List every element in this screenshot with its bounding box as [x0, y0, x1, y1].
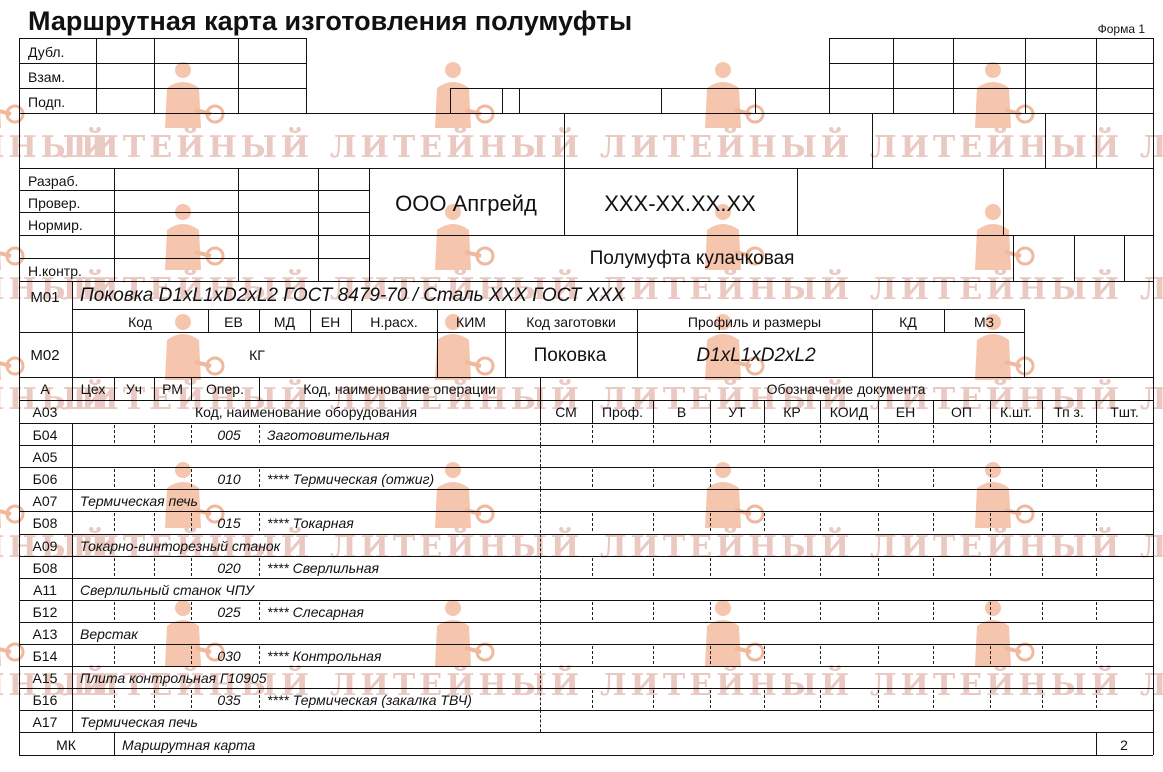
dashed-divider [114, 513, 115, 531]
footer-name: Маршрутная карта [122, 738, 255, 752]
rule-line [72, 622, 73, 644]
rule-line [1025, 38, 1026, 113]
rule-line [19, 445, 1153, 446]
rule-line [238, 168, 239, 281]
rule-line [72, 688, 73, 710]
rule-line [154, 38, 155, 113]
rule-line [191, 377, 192, 400]
row-code-5: А09 [33, 539, 58, 553]
stamp-label-2: Подп. [28, 95, 65, 109]
rule-line [505, 309, 506, 332]
ops-header-0: Цех [81, 382, 106, 396]
signer-label-2: Нормир. [28, 218, 83, 232]
signer-label-1: Провер. [28, 196, 80, 210]
dashed-divider [820, 690, 821, 708]
dashed-divider [154, 425, 155, 443]
stamp-label-1: Взам. [28, 70, 65, 84]
norm-header-1: Проф. [602, 405, 643, 419]
dashed-divider [820, 469, 821, 487]
dashed-divider [710, 602, 711, 620]
rule-line [872, 113, 873, 168]
m02-profile: D1xL1xD2xL2 [696, 346, 815, 365]
m02-code: М02 [30, 348, 59, 363]
rule-line [154, 377, 155, 400]
signer-label-0: Разраб. [28, 174, 78, 188]
organization-name: ООО Апгрейд [395, 193, 537, 215]
row-code-11: А15 [33, 671, 58, 685]
dashed-divider [990, 646, 991, 664]
dashed-divider [540, 622, 541, 644]
dashed-divider [764, 469, 765, 487]
norm-header-5: КОИД [830, 405, 868, 419]
equipment-name-3: Термическая печь [80, 494, 198, 508]
dashed-divider [592, 602, 593, 620]
dashed-divider [191, 469, 192, 487]
rule-line [450, 88, 451, 113]
m02-unit: КГ [249, 348, 265, 362]
dashed-divider [259, 646, 260, 664]
dashed-divider [592, 558, 593, 576]
dashed-divider [259, 425, 260, 443]
operation-name-10: **** Контрольная [267, 649, 381, 663]
row-code-12: Б16 [33, 693, 58, 707]
dashed-divider [259, 513, 260, 531]
dashed-divider [154, 513, 155, 531]
dashed-divider [710, 425, 711, 443]
equipment-name-5: Токарно-винторезный станок [80, 539, 280, 553]
rule-line [437, 332, 438, 377]
dashed-divider [191, 602, 192, 620]
rule-line [259, 309, 260, 332]
rule-line [1045, 113, 1046, 168]
dashed-divider [933, 690, 934, 708]
rule-line [19, 467, 1153, 468]
rule-line [637, 309, 638, 332]
dashed-divider [878, 646, 879, 664]
dashed-divider [154, 602, 155, 620]
dashed-divider [540, 467, 541, 489]
dashed-divider [820, 602, 821, 620]
dashed-divider [154, 690, 155, 708]
rule-line [540, 400, 541, 423]
dashed-divider [259, 558, 260, 576]
dashed-divider [540, 423, 541, 445]
oper-number-2: 010 [217, 472, 240, 486]
doc-designation-header: Обозначение документа [767, 382, 926, 396]
rule-line [114, 168, 115, 281]
dashed-divider [114, 425, 115, 443]
dashed-divider [878, 513, 879, 531]
dashed-divider [710, 469, 711, 487]
dashed-divider [191, 513, 192, 531]
ops-header-3: Опер. [206, 382, 244, 396]
rule-line [450, 88, 1153, 89]
material-header-7: Профиль и размеры [688, 315, 821, 329]
oper-number-10: 030 [217, 649, 240, 663]
oper-number-8: 025 [217, 605, 240, 619]
rule-line [72, 511, 73, 533]
dashed-divider [933, 602, 934, 620]
dashed-divider [154, 558, 155, 576]
rule-line [764, 400, 765, 423]
dashed-divider [592, 513, 593, 531]
m01-text: Поковка D1xL1xD2xL2 ГОСТ 8479-70 / Сталь… [80, 286, 625, 305]
dashed-divider [592, 646, 593, 664]
dashed-divider [878, 602, 879, 620]
rule-line [72, 666, 73, 688]
rule-line [661, 88, 662, 113]
dashed-divider [540, 578, 541, 600]
dashed-divider [1042, 602, 1043, 620]
oper-number-0: 005 [217, 428, 240, 442]
rule-line [1024, 309, 1025, 377]
equipment-header: Код, наименование оборудования [195, 405, 417, 419]
row-code-4: Б08 [33, 516, 58, 530]
rule-line [878, 400, 879, 423]
rule-line [19, 556, 1153, 557]
dashed-divider [1042, 690, 1043, 708]
rule-line [306, 38, 307, 113]
dashed-divider [933, 513, 934, 531]
dashed-divider [764, 690, 765, 708]
dashed-divider [653, 558, 654, 576]
rule-line [72, 710, 73, 732]
rule-line [19, 332, 1024, 333]
dashed-divider [191, 646, 192, 664]
rule-line [19, 755, 1153, 756]
rule-line [19, 578, 1153, 579]
rule-line [72, 423, 73, 445]
rule-line [259, 377, 260, 400]
rule-line [592, 400, 593, 423]
rule-line [1013, 235, 1014, 281]
material-header-1: ЕВ [224, 315, 243, 329]
rule-line [1074, 235, 1075, 281]
norm-header-8: К.шт. [1000, 405, 1032, 419]
part-name: Полумуфта кулачковая [590, 249, 795, 268]
dashed-divider [653, 513, 654, 531]
dashed-divider [764, 646, 765, 664]
dashed-divider [990, 469, 991, 487]
ops-header-4: Код, наименование операции [303, 382, 496, 396]
m01-code: М01 [30, 290, 59, 305]
dashed-divider [990, 690, 991, 708]
dashed-divider [114, 646, 115, 664]
row-code-0: Б04 [33, 428, 58, 442]
rule-line [19, 423, 1153, 424]
operation-name-6: **** Сверлильная [267, 561, 379, 575]
dashed-divider [990, 513, 991, 531]
material-header-5: КИМ [456, 315, 486, 329]
dashed-divider [820, 646, 821, 664]
dashed-divider [1042, 469, 1043, 487]
dashed-divider [154, 646, 155, 664]
dashed-divider [764, 513, 765, 531]
rule-line [72, 377, 73, 400]
ops-header-1: Уч [126, 382, 142, 396]
signer-label-4: Н.контр. [28, 264, 82, 278]
equipment-name-9: Верстак [80, 627, 138, 641]
oper-number-4: 015 [217, 516, 240, 530]
rule-line [238, 38, 239, 113]
material-header-6: Код заготовки [526, 315, 616, 329]
dashed-divider [820, 558, 821, 576]
operation-name-12: **** Термическая (закалка ТВЧ) [267, 693, 472, 707]
rule-line [505, 332, 506, 377]
rule-line [1124, 235, 1125, 281]
operation-name-2: **** Термическая (отжиг) [267, 472, 434, 486]
equipment-name-11: Плита контрольная Г10905 [80, 671, 267, 685]
rule-line [1096, 38, 1097, 113]
dashed-divider [878, 558, 879, 576]
rule-line [829, 38, 830, 113]
rule-line [19, 168, 1153, 169]
dashed-divider [878, 469, 879, 487]
row-code-9: А13 [33, 627, 58, 641]
rule-line [502, 88, 503, 113]
dashed-divider [990, 425, 991, 443]
rule-line [19, 377, 1153, 378]
rule-line [1096, 400, 1097, 423]
equipment-name-7: Сверлильный станок ЧПУ [80, 583, 254, 597]
oper-number-12: 035 [217, 693, 240, 707]
dashed-divider [1096, 513, 1097, 531]
rule-line [19, 600, 1153, 601]
rule-line [19, 688, 1153, 689]
rule-line [944, 309, 945, 332]
dashed-divider [1096, 646, 1097, 664]
row-code-2: Б06 [33, 472, 58, 486]
equipment-name-13: Термическая печь [80, 715, 198, 729]
dashed-divider [592, 469, 593, 487]
dashed-divider [259, 602, 260, 620]
row-code-7: А11 [33, 583, 57, 597]
rule-line [19, 113, 1153, 114]
rule-line [72, 489, 73, 511]
rule-line [72, 556, 73, 578]
dashed-divider [990, 602, 991, 620]
dashed-divider [653, 602, 654, 620]
dashed-divider [592, 690, 593, 708]
dashed-divider [154, 469, 155, 487]
rule-line [19, 732, 1153, 733]
row-code-6: Б08 [33, 561, 58, 575]
norm-header-0: СМ [555, 405, 577, 419]
rule-line [310, 309, 311, 332]
document-designation: XXX-XX.XX.XX [604, 193, 756, 215]
material-header-2: МД [274, 315, 295, 329]
rule-line [19, 235, 369, 236]
norm-header-10: Тшт. [1110, 405, 1139, 419]
rule-line [1042, 400, 1043, 423]
operation-name-0: Заготовительная [267, 428, 390, 442]
rule-line [19, 38, 306, 39]
rule-line [351, 309, 352, 332]
rule-line [564, 168, 565, 235]
footer-code: МК [56, 738, 76, 752]
rule-line [755, 88, 756, 113]
dashed-divider [653, 690, 654, 708]
rule-line [829, 63, 1153, 64]
rule-line [637, 332, 638, 377]
rule-line [19, 644, 1153, 645]
rule-line [19, 666, 1153, 667]
rule-line [953, 38, 954, 113]
material-header-3: ЕН [321, 315, 340, 329]
rule-line [19, 88, 306, 89]
rule-line [72, 445, 73, 467]
dashed-divider [114, 690, 115, 708]
dashed-divider [1096, 469, 1097, 487]
dashed-divider [653, 425, 654, 443]
dashed-divider [540, 644, 541, 666]
rule-line [72, 600, 73, 622]
dashed-divider [933, 469, 934, 487]
rule-line [19, 63, 306, 64]
dashed-divider [540, 666, 541, 688]
oper-number-6: 020 [217, 561, 240, 575]
dashed-divider [933, 646, 934, 664]
dashed-divider [1042, 513, 1043, 531]
ops-header-2: РМ [162, 382, 183, 396]
dashed-divider [710, 513, 711, 531]
rule-line [19, 212, 369, 213]
dashed-divider [820, 425, 821, 443]
dashed-divider [540, 688, 541, 710]
dashed-divider [540, 600, 541, 622]
rule-line [72, 534, 73, 556]
rule-line [96, 38, 97, 113]
dashed-divider [1042, 558, 1043, 576]
norm-header-6: ЕН [896, 405, 915, 419]
rule-line [872, 309, 873, 332]
dashed-divider [540, 511, 541, 533]
rule-line [72, 578, 73, 600]
dashed-divider [540, 710, 541, 732]
dashed-divider [710, 690, 711, 708]
dashed-divider [540, 489, 541, 511]
dashed-divider [540, 534, 541, 556]
dashed-divider [878, 690, 879, 708]
stamp-label-0: Дубл. [28, 45, 64, 59]
rule-line [19, 534, 1153, 535]
dashed-divider [1096, 425, 1097, 443]
row-code-3: А07 [33, 494, 58, 508]
operation-name-8: **** Слесарная [267, 605, 364, 619]
rule-line [1003, 168, 1004, 235]
dashed-divider [820, 513, 821, 531]
ops-a-code: А [40, 382, 49, 396]
material-header-4: Н.расх. [370, 315, 417, 329]
dashed-divider [710, 646, 711, 664]
dashed-divider [933, 558, 934, 576]
rule-line [1096, 732, 1097, 755]
m02-blank-code: Поковка [534, 346, 607, 365]
rule-line [1096, 113, 1097, 168]
rule-line [19, 38, 20, 755]
material-header-8: КД [899, 315, 917, 329]
operation-name-4: **** Токарная [267, 516, 354, 530]
dashed-divider [1042, 425, 1043, 443]
rule-line [19, 622, 1153, 623]
rule-line [72, 644, 73, 666]
dashed-divider [259, 469, 260, 487]
dashed-divider [191, 425, 192, 443]
row-code-10: Б14 [33, 649, 58, 663]
dashed-divider [540, 445, 541, 467]
rule-line [369, 235, 1153, 236]
rule-line [19, 281, 1153, 282]
dashed-divider [592, 425, 593, 443]
dashed-divider [1096, 602, 1097, 620]
rule-line [19, 258, 369, 259]
dashed-divider [990, 558, 991, 576]
rule-line [19, 511, 1153, 512]
row-code-1: А05 [33, 450, 58, 464]
rule-line [369, 168, 370, 281]
rule-line [893, 38, 894, 113]
rule-line [318, 168, 319, 281]
rule-line [540, 377, 541, 400]
row-code-8: Б12 [33, 605, 58, 619]
rule-line [1153, 38, 1154, 755]
norm-header-3: УТ [728, 405, 745, 419]
dashed-divider [114, 469, 115, 487]
norm-header-7: ОП [951, 405, 972, 419]
dashed-divider [191, 558, 192, 576]
dashed-divider [1042, 646, 1043, 664]
document-title: Маршрутная карта изготовления полумуфты [28, 6, 632, 37]
dashed-divider [1096, 558, 1097, 576]
dashed-divider [878, 425, 879, 443]
rule-line [19, 190, 369, 191]
rule-line [872, 332, 873, 377]
rule-line [72, 309, 1024, 310]
rule-line [437, 309, 438, 332]
dashed-divider [114, 602, 115, 620]
rule-line [933, 400, 934, 423]
rule-line [19, 489, 1153, 490]
dashed-divider [764, 425, 765, 443]
rule-line [829, 38, 1153, 39]
rule-line [19, 400, 1153, 401]
rule-line [72, 467, 73, 489]
dashed-divider [114, 558, 115, 576]
rule-line [208, 309, 209, 332]
dashed-divider [933, 425, 934, 443]
rule-line [519, 88, 520, 113]
dashed-divider [710, 558, 711, 576]
dashed-divider [764, 558, 765, 576]
row-code-13: А17 [33, 715, 58, 729]
dashed-divider [653, 469, 654, 487]
rule-line [990, 400, 991, 423]
form-number: Форма 1 [1098, 22, 1145, 36]
dashed-divider [191, 690, 192, 708]
norm-header-4: КР [783, 405, 801, 419]
rule-line [114, 732, 115, 755]
rule-line [710, 400, 711, 423]
material-header-0: Код [128, 315, 152, 329]
dashed-divider [540, 556, 541, 578]
rule-line [564, 113, 565, 168]
norm-header-2: В [677, 405, 686, 419]
page-number: 2 [1120, 738, 1128, 752]
rule-line [19, 710, 1153, 711]
material-header-9: МЗ [974, 315, 994, 329]
rule-line [114, 377, 115, 400]
rule-line [820, 400, 821, 423]
